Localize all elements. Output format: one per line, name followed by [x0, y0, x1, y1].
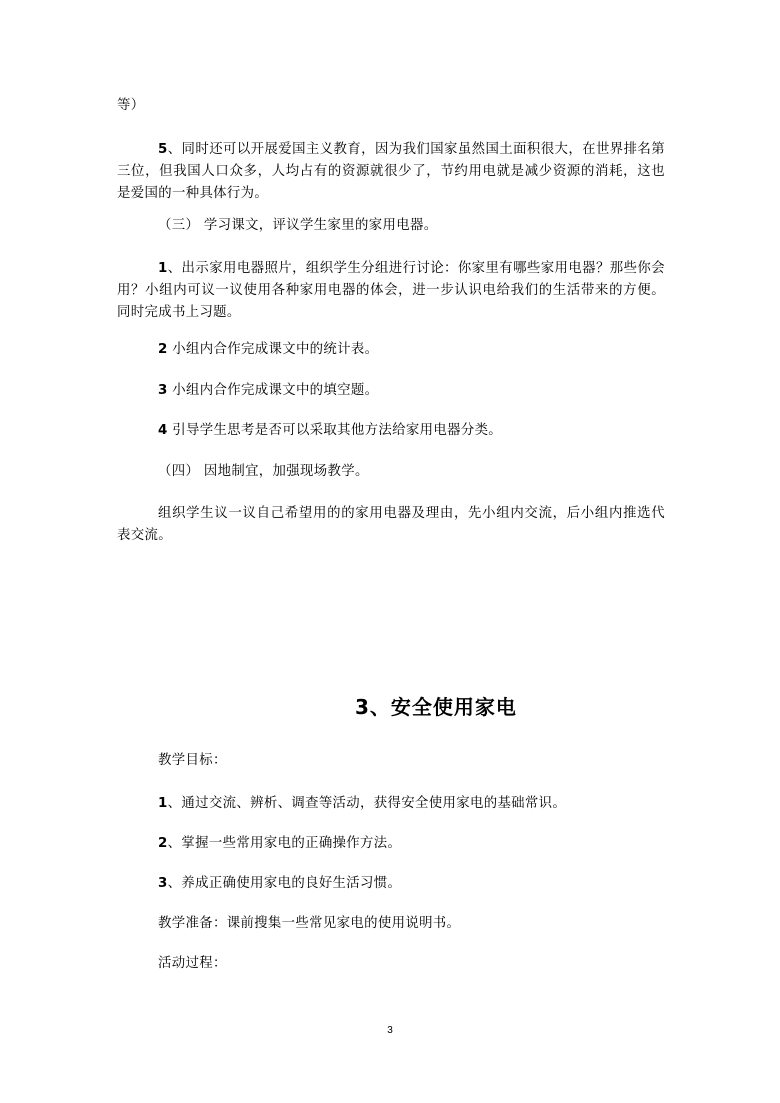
section-3-item-3: 3 小组内合作完成课文中的填空题。 [117, 380, 665, 402]
section-4-body: 组织学生议一议自己希望用的的家用电器及理由，先小组内交流，后小组内推选代表交流。 [117, 503, 665, 547]
item-text: 、同时还可以开展爱国主义教育，因为我们国家虽然国土面积很大，在世界排名第三位，但… [117, 142, 665, 201]
goal-text: 、养成正确使用家电的良好生活习惯。 [168, 876, 402, 891]
goal-text: 、掌握一些常用家电的正确操作方法。 [168, 836, 402, 851]
item-number: 4 [158, 423, 168, 438]
section-4-heading: （四） 因地制宜，加强现场教学。 [117, 461, 665, 483]
item-number: 1 [158, 261, 168, 276]
goals-label: 教学目标： [158, 750, 706, 772]
lesson-title-text: 、安全使用家电 [370, 695, 517, 719]
item-text: 、出示家用电器照片，组织学生分组进行讨论：你家里有哪些家用电器？那些你会用？小组… [117, 261, 665, 320]
section-3-item-1: 1、出示家用电器照片，组织学生分组进行讨论：你家里有哪些家用电器？那些你会用？小… [117, 258, 665, 324]
goal-1: 1、通过交流、辨析、调查等活动，获得安全使用家电的基础常识。 [158, 793, 706, 815]
item-5-paragraph: 5、同时还可以开展爱国主义教育，因为我们国家虽然国土面积很大，在世界排名第三位，… [117, 139, 665, 205]
document-page: 等） 5、同时还可以开展爱国主义教育，因为我们国家虽然国土面积很大，在世界排名第… [0, 0, 780, 1103]
section-label: （三） [158, 218, 199, 233]
page-number: 3 [0, 1025, 780, 1036]
item-text: 小组内合作完成课文中的填空题。 [168, 383, 379, 398]
section-3-item-4: 4 引导学生思考是否可以采取其他方法给家用电器分类。 [117, 420, 665, 442]
section-label: （四） [158, 464, 199, 479]
section-3-item-2: 2 小组内合作完成课文中的统计表。 [117, 339, 665, 361]
item-number: 2 [158, 342, 168, 357]
section-title: 因地制宜，加强现场教学。 [204, 464, 369, 479]
continuation-span: 等） [117, 98, 144, 113]
goals-label-text: 教学目标： [158, 753, 227, 768]
lesson-number: 3 [355, 695, 370, 719]
goal-text: 、通过交流、辨析、调查等活动，获得安全使用家电的基础常识。 [168, 796, 566, 811]
goal-2: 2、掌握一些常用家电的正确操作方法。 [158, 833, 706, 855]
goal-number: 1 [158, 796, 168, 811]
section-body: 组织学生议一议自己希望用的的家用电器及理由，先小组内交流，后小组内推选代表交流。 [117, 506, 665, 543]
section-3-heading: （三） 学习课文，评议学生家里的家用电器。 [117, 215, 665, 237]
continuation-text: 等） [117, 95, 665, 117]
item-text: 小组内合作完成课文中的统计表。 [168, 342, 379, 357]
teaching-prep-text: 教学准备：课前搜集一些常见家电的使用说明书。 [158, 916, 460, 931]
process-label-text: 活动过程： [158, 956, 227, 971]
section-title: 学习课文，评议学生家里的家用电器。 [204, 218, 438, 233]
teaching-prep: 教学准备：课前搜集一些常见家电的使用说明书。 [158, 913, 706, 935]
item-text: 引导学生思考是否可以采取其他方法给家用电器分类。 [168, 423, 502, 438]
item-number: 3 [158, 383, 168, 398]
lesson-title: 3、安全使用家电 [355, 693, 517, 721]
goal-number: 3 [158, 876, 168, 891]
goal-number: 2 [158, 836, 168, 851]
process-label: 活动过程： [158, 953, 706, 975]
goal-3: 3、养成正确使用家电的良好生活习惯。 [158, 873, 706, 895]
item-number: 5 [158, 142, 168, 157]
